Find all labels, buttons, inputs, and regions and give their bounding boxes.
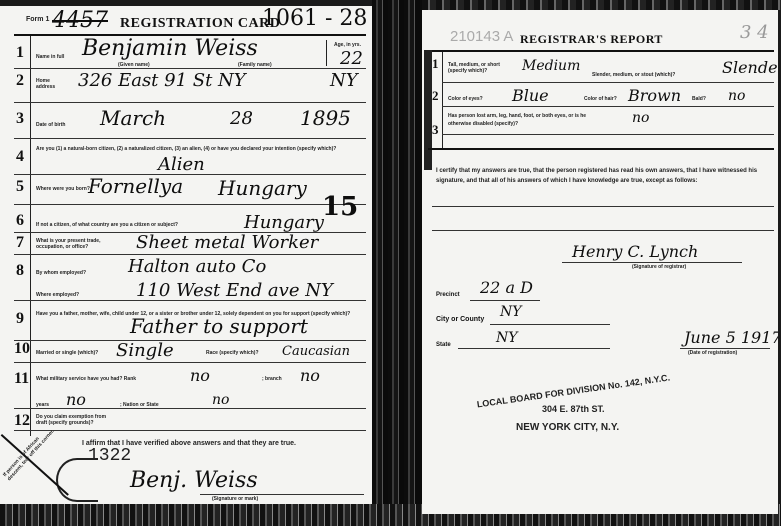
employment-place-value: 110 West End ave NY <box>136 280 333 301</box>
name-value: Benjamin Weiss <box>82 36 258 61</box>
employment-place-label: Where employed? <box>36 292 79 298</box>
registration-card: Form 1 4457 REGISTRATION CARD 1061 - 28 … <box>0 6 372 504</box>
registrars-report-card: 210143 A REGISTRAR'S REPORT 3 4 1 Tall, … <box>422 10 778 514</box>
build-value: Slender <box>722 58 778 77</box>
eye-color-value: Blue <box>512 86 549 105</box>
race-label: Race (specify which)? <box>206 350 259 356</box>
dependents-value: Father to support <box>130 314 308 338</box>
dob-month: March <box>100 106 166 130</box>
bald-value: no <box>728 88 745 104</box>
city-county-value: NY <box>500 304 522 320</box>
left-edge-shadow <box>424 50 432 170</box>
birthplace-nation: Hungary <box>218 176 307 200</box>
handwritten-mark <box>56 458 98 502</box>
hair-color-label: Color of hair? <box>584 96 617 102</box>
height-value: Medium <box>522 58 580 74</box>
military-rank-value: no <box>190 366 210 385</box>
home-state-value: NY <box>330 70 358 91</box>
film-edge-top <box>422 0 781 10</box>
dob-label: Date of birth <box>36 122 65 128</box>
marital-status-value: Single <box>116 340 174 361</box>
occupation-value: Sheet metal Worker <box>136 232 318 253</box>
serial-number: 1061 - 28 <box>262 6 367 31</box>
form-number-struck: 4457 <box>52 8 108 33</box>
registration-date-label: (Date of registration) <box>688 350 737 356</box>
certification-text: I certify that my answers are true, that… <box>436 166 772 186</box>
eye-color-label: Color of eyes? <box>448 96 483 102</box>
home-address-value: 326 East 91 St NY <box>78 70 246 91</box>
form-label: Form 1 <box>26 16 49 23</box>
signature-label: (Signature or mark) <box>212 496 258 502</box>
employer-value: Halton auto Co <box>128 256 266 277</box>
dob-year: 1895 <box>300 106 351 130</box>
state-label: State <box>436 342 451 348</box>
birthplace-label: Where were you born? <box>36 186 90 192</box>
birthplace-town: Fornellya <box>88 174 183 198</box>
race-value: Caucasian <box>282 344 350 359</box>
disability-value: no <box>632 110 649 126</box>
registrar-signature: Henry C. Lynch <box>572 242 698 261</box>
dob-day: 28 <box>230 108 253 129</box>
home-address-label: Home address <box>36 78 66 90</box>
bald-label: Bald? <box>692 96 706 102</box>
age-value: 22 <box>340 48 363 69</box>
card-title: REGISTRATION CARD <box>120 16 280 32</box>
military-nation-value: no <box>212 392 229 408</box>
nationality-label: If not a citizen, of what country are yo… <box>36 222 178 228</box>
registrar-signature-label: (Signature of registrar) <box>632 264 686 270</box>
corner-mark: 3 4 <box>740 22 769 43</box>
faint-serial: 210143 A <box>450 28 513 45</box>
name-label: Name in full <box>36 54 64 60</box>
employer-label: By whom employed? <box>36 270 86 276</box>
military-years-value: no <box>66 390 86 409</box>
city-county-label: City or County <box>436 316 484 323</box>
film-binding-strip <box>372 0 422 526</box>
nationality-value: Hungary <box>244 212 324 233</box>
marital-status-label: Married or single (which)? <box>36 350 98 356</box>
military-rank-label: What military service have you had? Rank <box>36 376 136 382</box>
registration-date: June 5 1917 <box>684 328 778 347</box>
hair-color-value: Brown <box>628 86 681 105</box>
report-title: REGISTRAR'S REPORT <box>520 32 663 47</box>
citizenship-value: Alien <box>158 154 205 175</box>
row-number-column-divider <box>30 36 31 436</box>
build-label: Slender, medium, or stout (which)? <box>592 72 675 78</box>
precinct-label: Precinct <box>436 292 460 298</box>
military-branch-value: no <box>300 366 320 385</box>
occupation-label: What is your present trade, occupation, … <box>36 238 126 250</box>
disability-label: Has person lost arm, leg, hand, foot, or… <box>448 112 588 128</box>
height-label: Tall, medium, or short (specify which)? <box>448 62 518 74</box>
margin-note: 15 <box>322 192 358 222</box>
precinct-value: 22 a D <box>480 278 533 297</box>
state-value: NY <box>496 330 518 346</box>
registrant-signature: Benj. Weiss <box>130 468 258 493</box>
